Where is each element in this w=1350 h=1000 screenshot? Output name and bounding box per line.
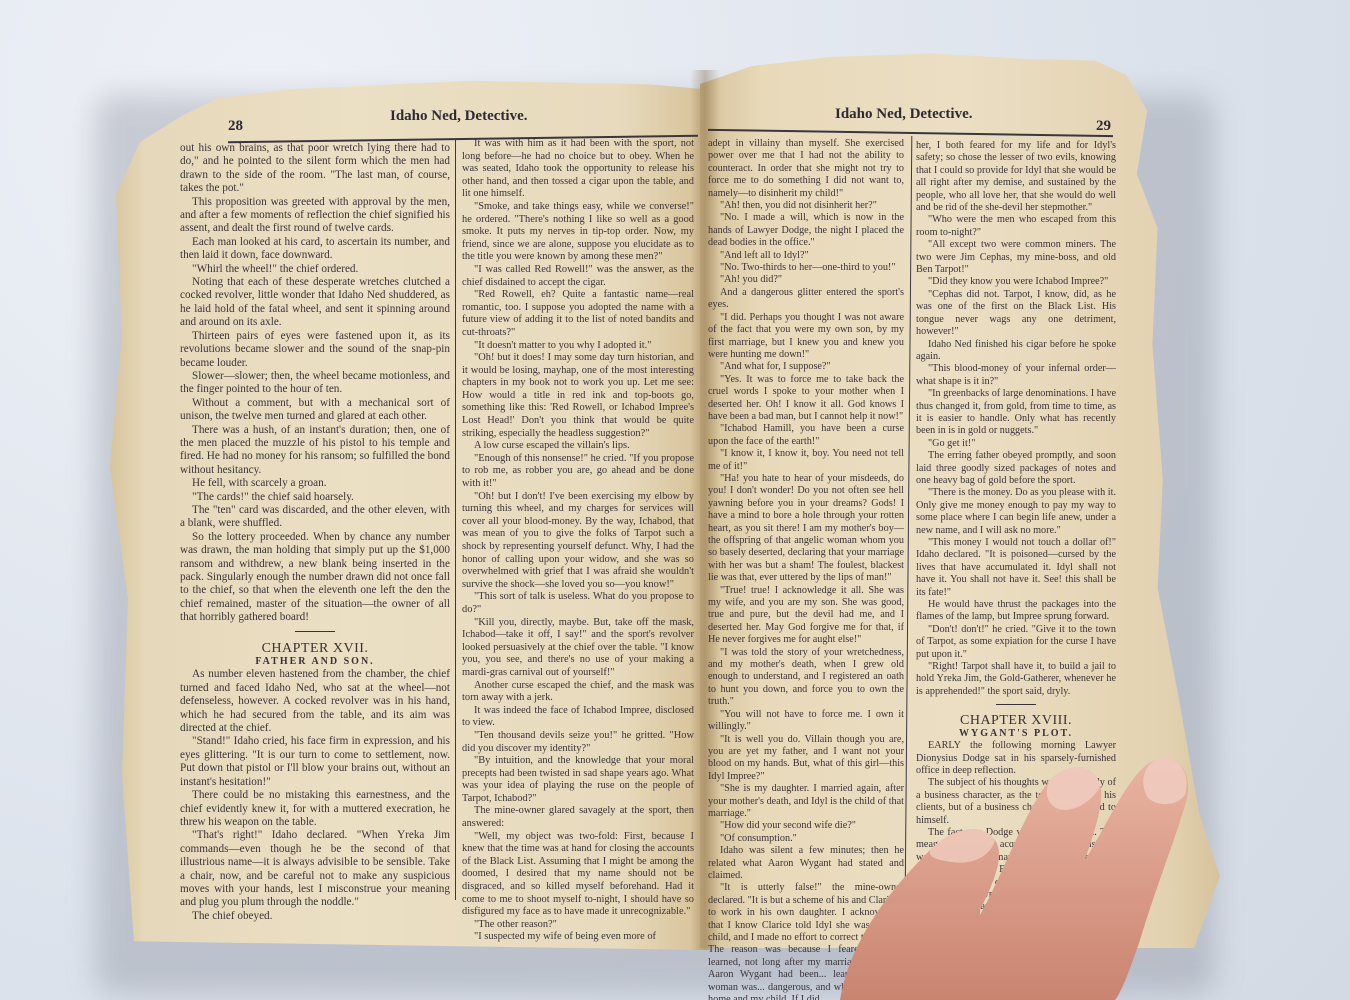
chapter-divider — [295, 631, 335, 632]
chapter-divider — [996, 704, 1036, 705]
paragraph: "Whirl the wheel!" the chief ordered. — [180, 263, 450, 276]
paragraph: "This money I would not touch a dollar o… — [916, 537, 1116, 599]
paragraph: "And left all to Idyl?" — [708, 250, 904, 262]
paragraph: "Don't! don't!" he cried. "Give it to th… — [916, 624, 1116, 661]
running-head-right: Idaho Ned, Detective. — [835, 106, 972, 123]
paragraph: As number eleven hastened from the chamb… — [180, 668, 450, 735]
paragraph: There could be no mistaking this earnest… — [180, 789, 450, 829]
chapter-title: FATHER AND SON. — [180, 655, 450, 668]
hand-icon — [780, 740, 1200, 1000]
paragraph: "This sort of talk is useless. What do y… — [462, 591, 694, 616]
paragraph: A low curse escaped the villain's lips. — [462, 440, 694, 453]
paragraph: "This blood-money of your infernal order… — [916, 363, 1116, 388]
paragraph: her, I both feared for my life and for I… — [916, 140, 1116, 214]
paragraph: "Ichabod Hamill, you have been a curse u… — [708, 423, 904, 448]
chapter-heading: CHAPTER XVIII. — [916, 715, 1116, 727]
paragraph: "The other reason?" — [462, 919, 694, 932]
paragraph: "I suspected my wife of being even more … — [462, 931, 694, 944]
paragraph: "Who were the men who escaped from this … — [916, 214, 1116, 239]
column-rule-left — [455, 140, 456, 900]
paragraph: "Well, my object was two-fold: First, be… — [462, 831, 694, 919]
paragraph: And a dangerous glitter entered the spor… — [708, 287, 904, 312]
paragraph: "Oh! but I don't! I've been exercising m… — [462, 491, 694, 592]
paragraph: "Did they know you were Ichabod Impree?" — [916, 276, 1116, 288]
paragraph: "Red Rowell, eh? Quite a fantastic name—… — [462, 289, 694, 339]
paragraph: "The cards!" the chief said hoarsely. — [180, 491, 450, 504]
left-page-column-2: It was with him as it had been with the … — [462, 138, 694, 944]
paragraph: "Go get it!" — [916, 438, 1116, 450]
paragraph: It was indeed the face of Ichabod Impree… — [462, 705, 694, 730]
paragraph: "Stand!" Idaho cried, his face firm in e… — [180, 735, 450, 789]
paragraph: "And what for, I suppose?" — [708, 361, 904, 373]
paragraph: "By intuition, and the knowledge that yo… — [462, 755, 694, 805]
paragraph: "True! true! I acknowledge it all. She w… — [708, 585, 904, 647]
paragraph: "You will not have to force me. I own it… — [708, 709, 904, 734]
paragraph: "I was called Red Rowell!" was the answe… — [462, 264, 694, 289]
paragraph: "Oh! but it does! I may some day turn hi… — [462, 352, 694, 440]
paragraph: "Right! Tarpot shall have it, to build a… — [916, 661, 1116, 698]
paragraph: "It doesn't matter to you why I adopted … — [462, 340, 694, 353]
paragraph: The "ten" card was discarded, and the ot… — [180, 504, 450, 531]
chapter-heading: CHAPTER XVII. — [180, 642, 450, 655]
paragraph: "Enough of this nonsense!" he cried. "If… — [462, 453, 694, 491]
paragraph: Slower—slower; then, the wheel became mo… — [180, 370, 450, 397]
paragraph: The chief obeyed. — [180, 910, 450, 923]
paragraph: The erring father obeyed promptly, and s… — [916, 450, 1116, 487]
page-number-right: 29 — [1096, 118, 1111, 135]
paragraph: Another curse escaped the chief, and the… — [462, 680, 694, 705]
chapter-title: WYGANT'S PLOT. — [916, 728, 1116, 740]
paragraph: "There is the money. Do as you please wi… — [916, 487, 1116, 537]
paragraph: "Yes. It was to force me to take back th… — [708, 374, 904, 424]
paragraph: He would have thrust the packages into t… — [916, 599, 1116, 624]
paragraph: So the lottery proceeded. When by chance… — [180, 531, 450, 625]
paragraph: "That's right!" Idaho declared. "When Yr… — [180, 829, 450, 909]
paragraph: He fell, with scarcely a groan. — [180, 477, 450, 490]
paragraph: "Smoke, and take things easy, while we c… — [462, 201, 694, 264]
paragraph: Idaho Ned finished his cigar before he s… — [916, 339, 1116, 364]
paragraph: "Ah! then, you did not disinherit her?" — [708, 200, 904, 212]
running-head-left: Idaho Ned, Detective. — [390, 108, 527, 125]
paragraph: "Kill you, directly, maybe. But, take of… — [462, 617, 694, 680]
paragraph: The mine-owner glared savagely at the sp… — [462, 805, 694, 830]
paragraph: "All except two were common miners. The … — [916, 239, 1116, 276]
page-number-left: 28 — [228, 118, 243, 135]
paragraph: It was with him as it had been with the … — [462, 138, 694, 201]
paragraph: "No. I made a will, which is now in the … — [708, 212, 904, 249]
paragraph: out his own brains, as that poor wretch … — [180, 142, 450, 196]
paragraph: "No. Two-thirds to her—one-third to you!… — [708, 262, 904, 274]
paragraph: "In greenbacks of large denominations. I… — [916, 388, 1116, 438]
paragraph: Each man looked at his card, to ascertai… — [180, 236, 450, 263]
paragraph: "Ten thousand devils seize you!" he grit… — [462, 730, 694, 755]
paragraph: Noting that each of these desperate wret… — [180, 276, 450, 330]
paragraph: "I know it, I know it, boy. You need not… — [708, 448, 904, 473]
paragraph: Without a comment, but with a mechanical… — [180, 397, 450, 424]
paragraph: "I was told the story of your wretchedne… — [708, 647, 904, 709]
paragraph: This proposition was greeted with approv… — [180, 196, 450, 236]
paragraph: "Ha! you hate to hear of your misdeeds, … — [708, 473, 904, 585]
paragraph: adept in villainy than myself. She exerc… — [708, 138, 904, 200]
paragraph: Thirteen pairs of eyes were fastened upo… — [180, 330, 450, 370]
left-page-column-1: out his own brains, as that poor wretch … — [180, 142, 450, 923]
paragraph: "Cephas did not. Tarpot, I know, did, as… — [916, 289, 1116, 339]
paragraph: There was a hush, of an instant's durati… — [180, 424, 450, 478]
paragraph: "Ah! you did?" — [708, 274, 904, 286]
paragraph: "I did. Perhaps you thought I was not aw… — [708, 312, 904, 362]
